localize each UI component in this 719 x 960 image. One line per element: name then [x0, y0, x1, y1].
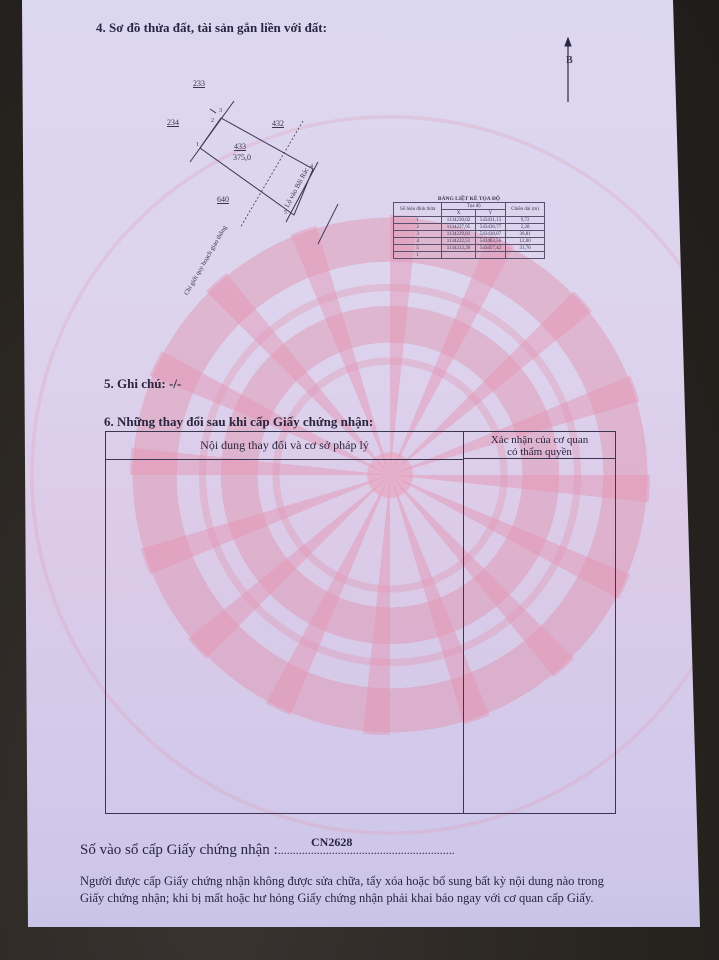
cell-length: [506, 252, 545, 259]
coordinate-row: 41134222,51543463,5612,00: [394, 238, 545, 245]
cell-y: 543431,13: [475, 217, 506, 224]
cell-length: 9,72: [506, 217, 545, 224]
parcel-number: 433: [234, 142, 246, 151]
coordinate-row: 1: [394, 252, 545, 259]
vertex-2: 2: [211, 118, 214, 124]
cell-x: 1134237,95: [442, 224, 475, 231]
col-point: Số hiệu đỉnh thửa: [394, 203, 442, 217]
changes-table: Nội dung thay đổi và cơ sở pháp lý Xác n…: [105, 431, 616, 814]
register-dots: ........................................…: [278, 843, 455, 857]
vertex-3: 3: [219, 108, 222, 114]
col-x: X: [442, 210, 475, 217]
notice-line-1: Người được cấp Giấy chứng nhận không đượ…: [80, 874, 604, 889]
cell-point: 5: [394, 245, 442, 252]
planning-line: [240, 121, 303, 228]
cell-y: 543438,07: [475, 231, 506, 238]
cell-x: 1134212,20: [442, 245, 475, 252]
col-coords: Tọa độ: [442, 203, 506, 210]
cell-length: 2,28: [506, 224, 545, 231]
cell-point: 2: [394, 224, 442, 231]
coordinate-row: 21134237,95543436,772,28: [394, 224, 545, 231]
cell-x: [442, 252, 475, 259]
cell-length: 31,76: [506, 245, 545, 252]
north-label: B: [566, 55, 573, 66]
section-6-heading: 6. Những thay đổi sau khi cấp Giấy chứng…: [104, 414, 373, 430]
section-5-heading: 5. Ghi chú: -/-: [104, 376, 181, 392]
authority-line-2: có thẩm quyền: [464, 446, 615, 458]
coordinate-table: BẢNG LIỆT KÊ TỌA ĐỘ Số hiệu đỉnh thửa Tọ…: [393, 196, 545, 259]
neighbor-parcel-234: 234: [167, 118, 179, 127]
neighbor-parcel-432: 432: [272, 119, 284, 128]
changes-col-content: Nội dung thay đổi và cơ sở pháp lý: [106, 432, 464, 460]
cell-x: 1134230,02: [442, 217, 475, 224]
parcel-area: 375,0: [233, 153, 251, 162]
cell-length: 30,81: [506, 231, 545, 238]
coordinate-row: 11134230,02543431,139,72: [394, 217, 545, 224]
neighbor-parcel-640: 640: [217, 195, 229, 204]
cell-y: 543436,77: [475, 224, 506, 231]
col-y: Y: [475, 210, 506, 217]
cell-y: 543457,42: [475, 245, 506, 252]
notice-line-2: Giấy chứng nhận; khi bị mất hoặc hư hỏng…: [80, 891, 594, 906]
cell-point: 3: [394, 231, 442, 238]
coordinate-row: 51134212,20543457,4231,76: [394, 245, 545, 252]
cell-length: 12,00: [506, 238, 545, 245]
cell-y: 543463,56: [475, 238, 506, 245]
cell-x: 1134239,81: [442, 231, 475, 238]
register-number-row: Số vào sổ cấp Giấy chứng nhận :.........…: [80, 842, 455, 859]
column-divider: [463, 459, 464, 813]
register-label: Số vào sổ cấp Giấy chứng nhận :: [80, 842, 278, 858]
cell-point: 1: [394, 217, 442, 224]
authority-line-1: Xác nhận của cơ quan: [464, 434, 615, 446]
coordinate-row: 31134239,81543438,0730,81: [394, 231, 545, 238]
register-value: CN2628: [311, 835, 352, 850]
changes-col-authority: Xác nhận của cơ quan có thẩm quyền: [464, 432, 615, 459]
cell-y: [475, 252, 506, 259]
vertex-1: 1: [196, 142, 199, 148]
neighbor-parcel-233: 233: [193, 79, 205, 88]
col-length: Chiều dài (m): [506, 203, 545, 217]
cell-x: 1134222,51: [442, 238, 475, 245]
cell-point: 1: [394, 252, 442, 259]
vertex-5: 5: [284, 210, 287, 216]
cell-point: 4: [394, 238, 442, 245]
road-edge: [318, 204, 338, 244]
north-arrow-icon: [565, 38, 571, 102]
